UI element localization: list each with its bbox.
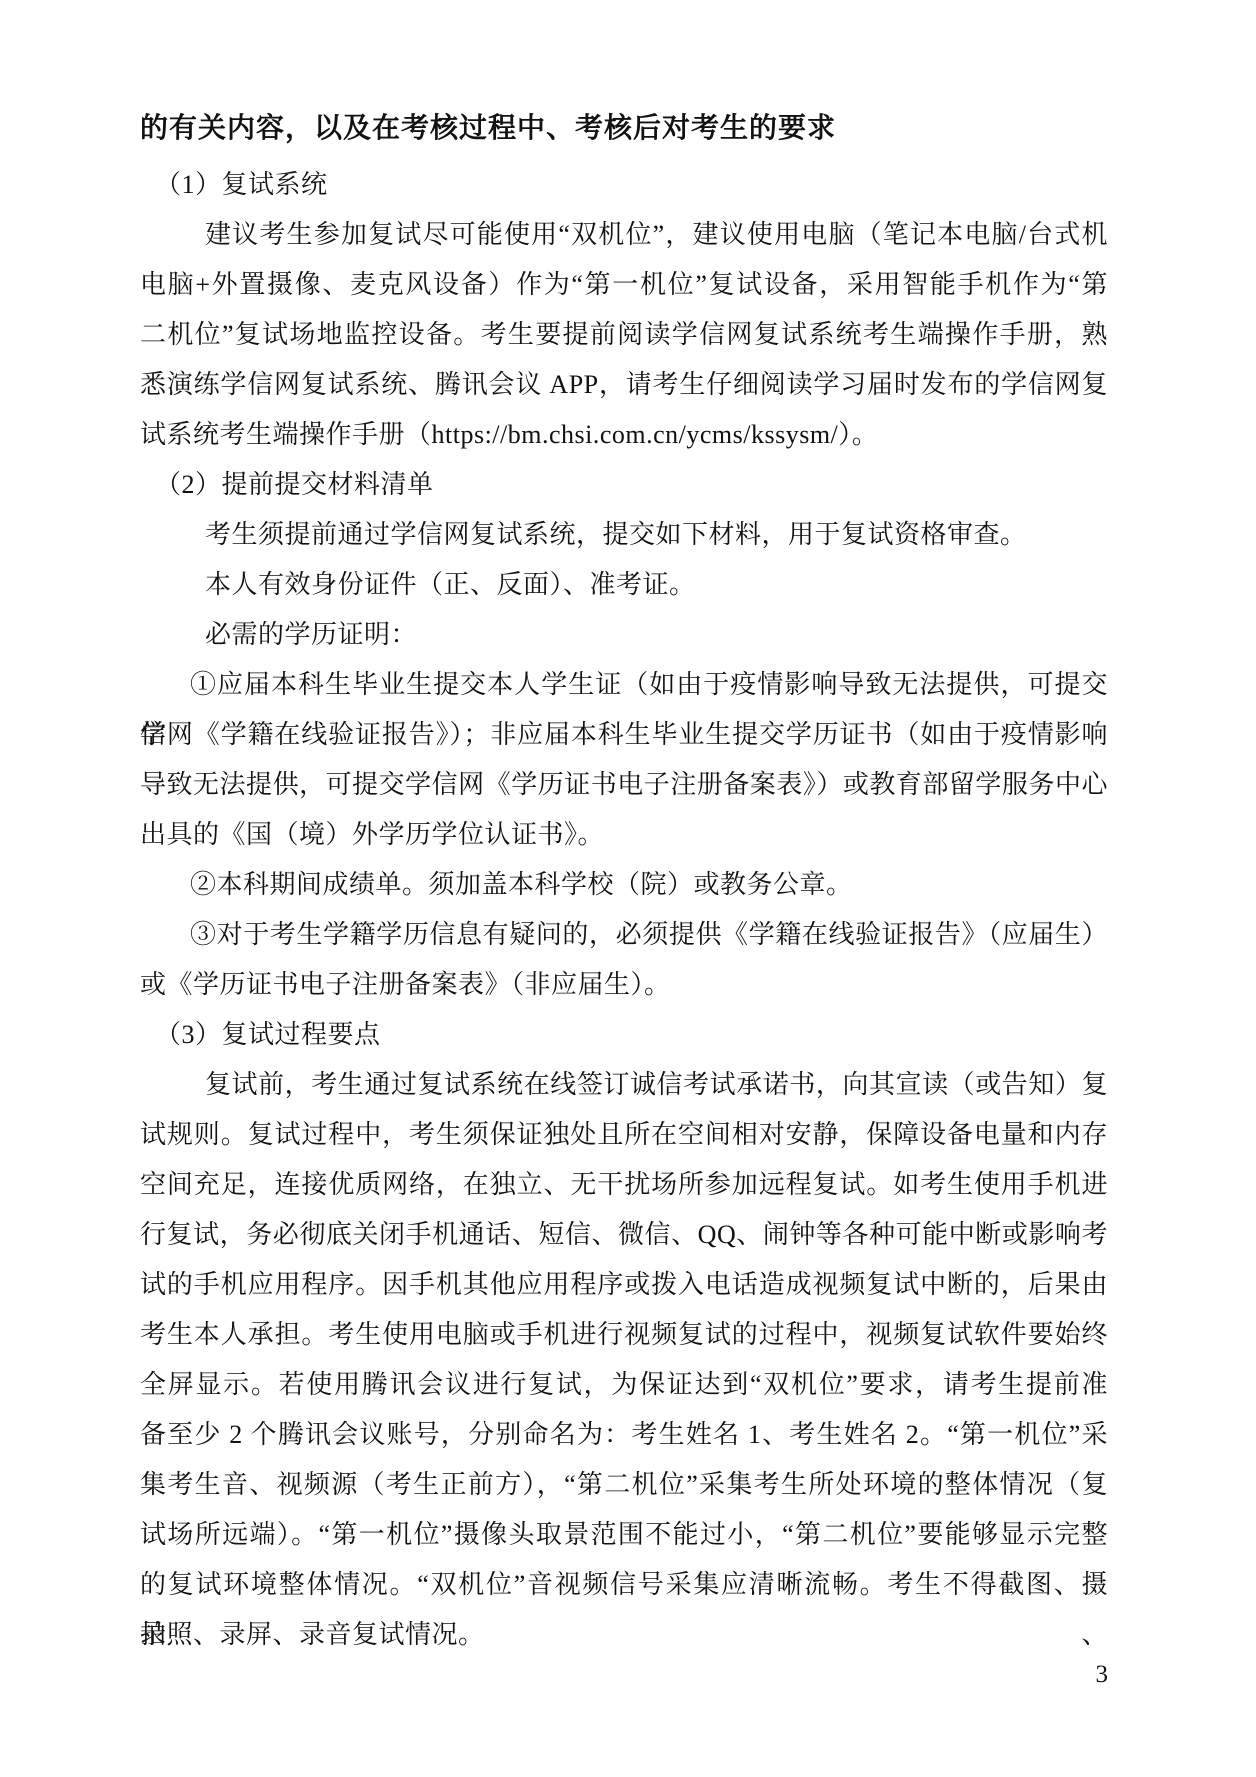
text-line: 二机位”复试场地监控设备。考生要提前阅读学信网复试系统考生端操作手册，熟 (140, 310, 1108, 360)
page-number: 3 (1096, 1660, 1109, 1690)
text-line: 试场所远端）。“第一机位”摄像头取景范围不能过小，“第二机位”要能够显示完整 (140, 1510, 1108, 1560)
text-line: 备至少 2 个腾讯会议账号，分别命名为：考生姓名 1、考生姓名 2。“第一机位”… (140, 1410, 1108, 1460)
text-line: 出具的《国（境）外学历学位认证书》。 (140, 810, 1108, 860)
text-line: 信网《学籍在线验证报告》）；非应届本科生毕业生提交学历证书（如由于疫情影响 (140, 710, 1108, 760)
text-line: 试的手机应用程序。因手机其他应用程序或拨入电话造成视频复试中断的，后果由 (140, 1260, 1108, 1310)
numbered-item-1: ①应届本科生毕业生提交本人学生证（如由于疫情影响导致无法提供，可提交学 (140, 660, 1108, 710)
text-line: 行复试，务必彻底关闭手机通话、短信、微信、QQ、闹钟等各种可能中断或影响考 (140, 1210, 1108, 1260)
text-line: 的复试环境整体情况。“双机位”音视频信号采集应清晰流畅。考生不得截图、摄录、 (140, 1560, 1108, 1610)
text-line: 复试前，考生通过复试系统在线签订诚信考试承诺书，向其宣读（或告知）复 (140, 1060, 1108, 1110)
text-line: 本人有效身份证件（正、反面）、准考证。 (140, 560, 1108, 610)
numbered-item-2: ②本科期间成绩单。须加盖本科学校（院）或教务公章。 (140, 860, 1108, 910)
text-line: 试规则。复试过程中，考生须保证独处且所在空间相对安静，保障设备电量和内存 (140, 1110, 1108, 1160)
text-line: 导致无法提供，可提交学信网《学历证书电子注册备案表》）或教育部留学服务中心 (140, 760, 1108, 810)
text-line: 建议考生参加复试尽可能使用“双机位”，建议使用电脑（笔记本电脑/台式机 (140, 210, 1108, 260)
text-line: 悉演练学信网复试系统、腾讯会议 APP，请考生仔细阅读学习届时发布的学信网复 (140, 360, 1108, 410)
text-line: 考生须提前通过学信网复试系统，提交如下材料，用于复试资格审查。 (140, 510, 1108, 560)
text-line: 全屏显示。若使用腾讯会议进行复试，为保证达到“双机位”要求，请考生提前准 (140, 1360, 1108, 1410)
document-body: 的有关内容，以及在考核过程中、考核后对考生的要求 （1）复试系统 建议考生参加复… (140, 106, 1108, 1660)
section-heading: 的有关内容，以及在考核过程中、考核后对考生的要求 (140, 106, 1108, 160)
list-item-1-heading: （1）复试系统 (140, 160, 1108, 210)
list-item-3-heading: （3）复试过程要点 (140, 1010, 1108, 1060)
text-line: 集考生音、视频源（考生正前方），“第二机位”采集考生所处环境的整体情况（复 (140, 1460, 1108, 1510)
text-line: 空间充足，连接优质网络，在独立、无干扰场所参加远程复试。如考生使用手机进 (140, 1160, 1108, 1210)
text-line-with-url: 试系统考生端操作手册（https://bm.chsi.com.cn/ycms/k… (140, 410, 1108, 460)
text-line: 考生本人承担。考生使用电脑或手机进行视频复试的过程中，视频复试软件要始终 (140, 1310, 1108, 1360)
text-line: 或《学历证书电子注册备案表》（非应届生）。 (140, 960, 1108, 1010)
list-item-2-heading: （2）提前提交材料清单 (140, 460, 1108, 510)
document-page: 的有关内容，以及在考核过程中、考核后对考生的要求 （1）复试系统 建议考生参加复… (0, 0, 1256, 1777)
text-line: 电脑+外置摄像、麦克风设备）作为“第一机位”复试设备，采用智能手机作为“第 (140, 260, 1108, 310)
text-line: 必需的学历证明： (140, 610, 1108, 660)
numbered-item-3: ③对于考生学籍学历信息有疑问的，必须提供《学籍在线验证报告》（应届生） (140, 910, 1108, 960)
